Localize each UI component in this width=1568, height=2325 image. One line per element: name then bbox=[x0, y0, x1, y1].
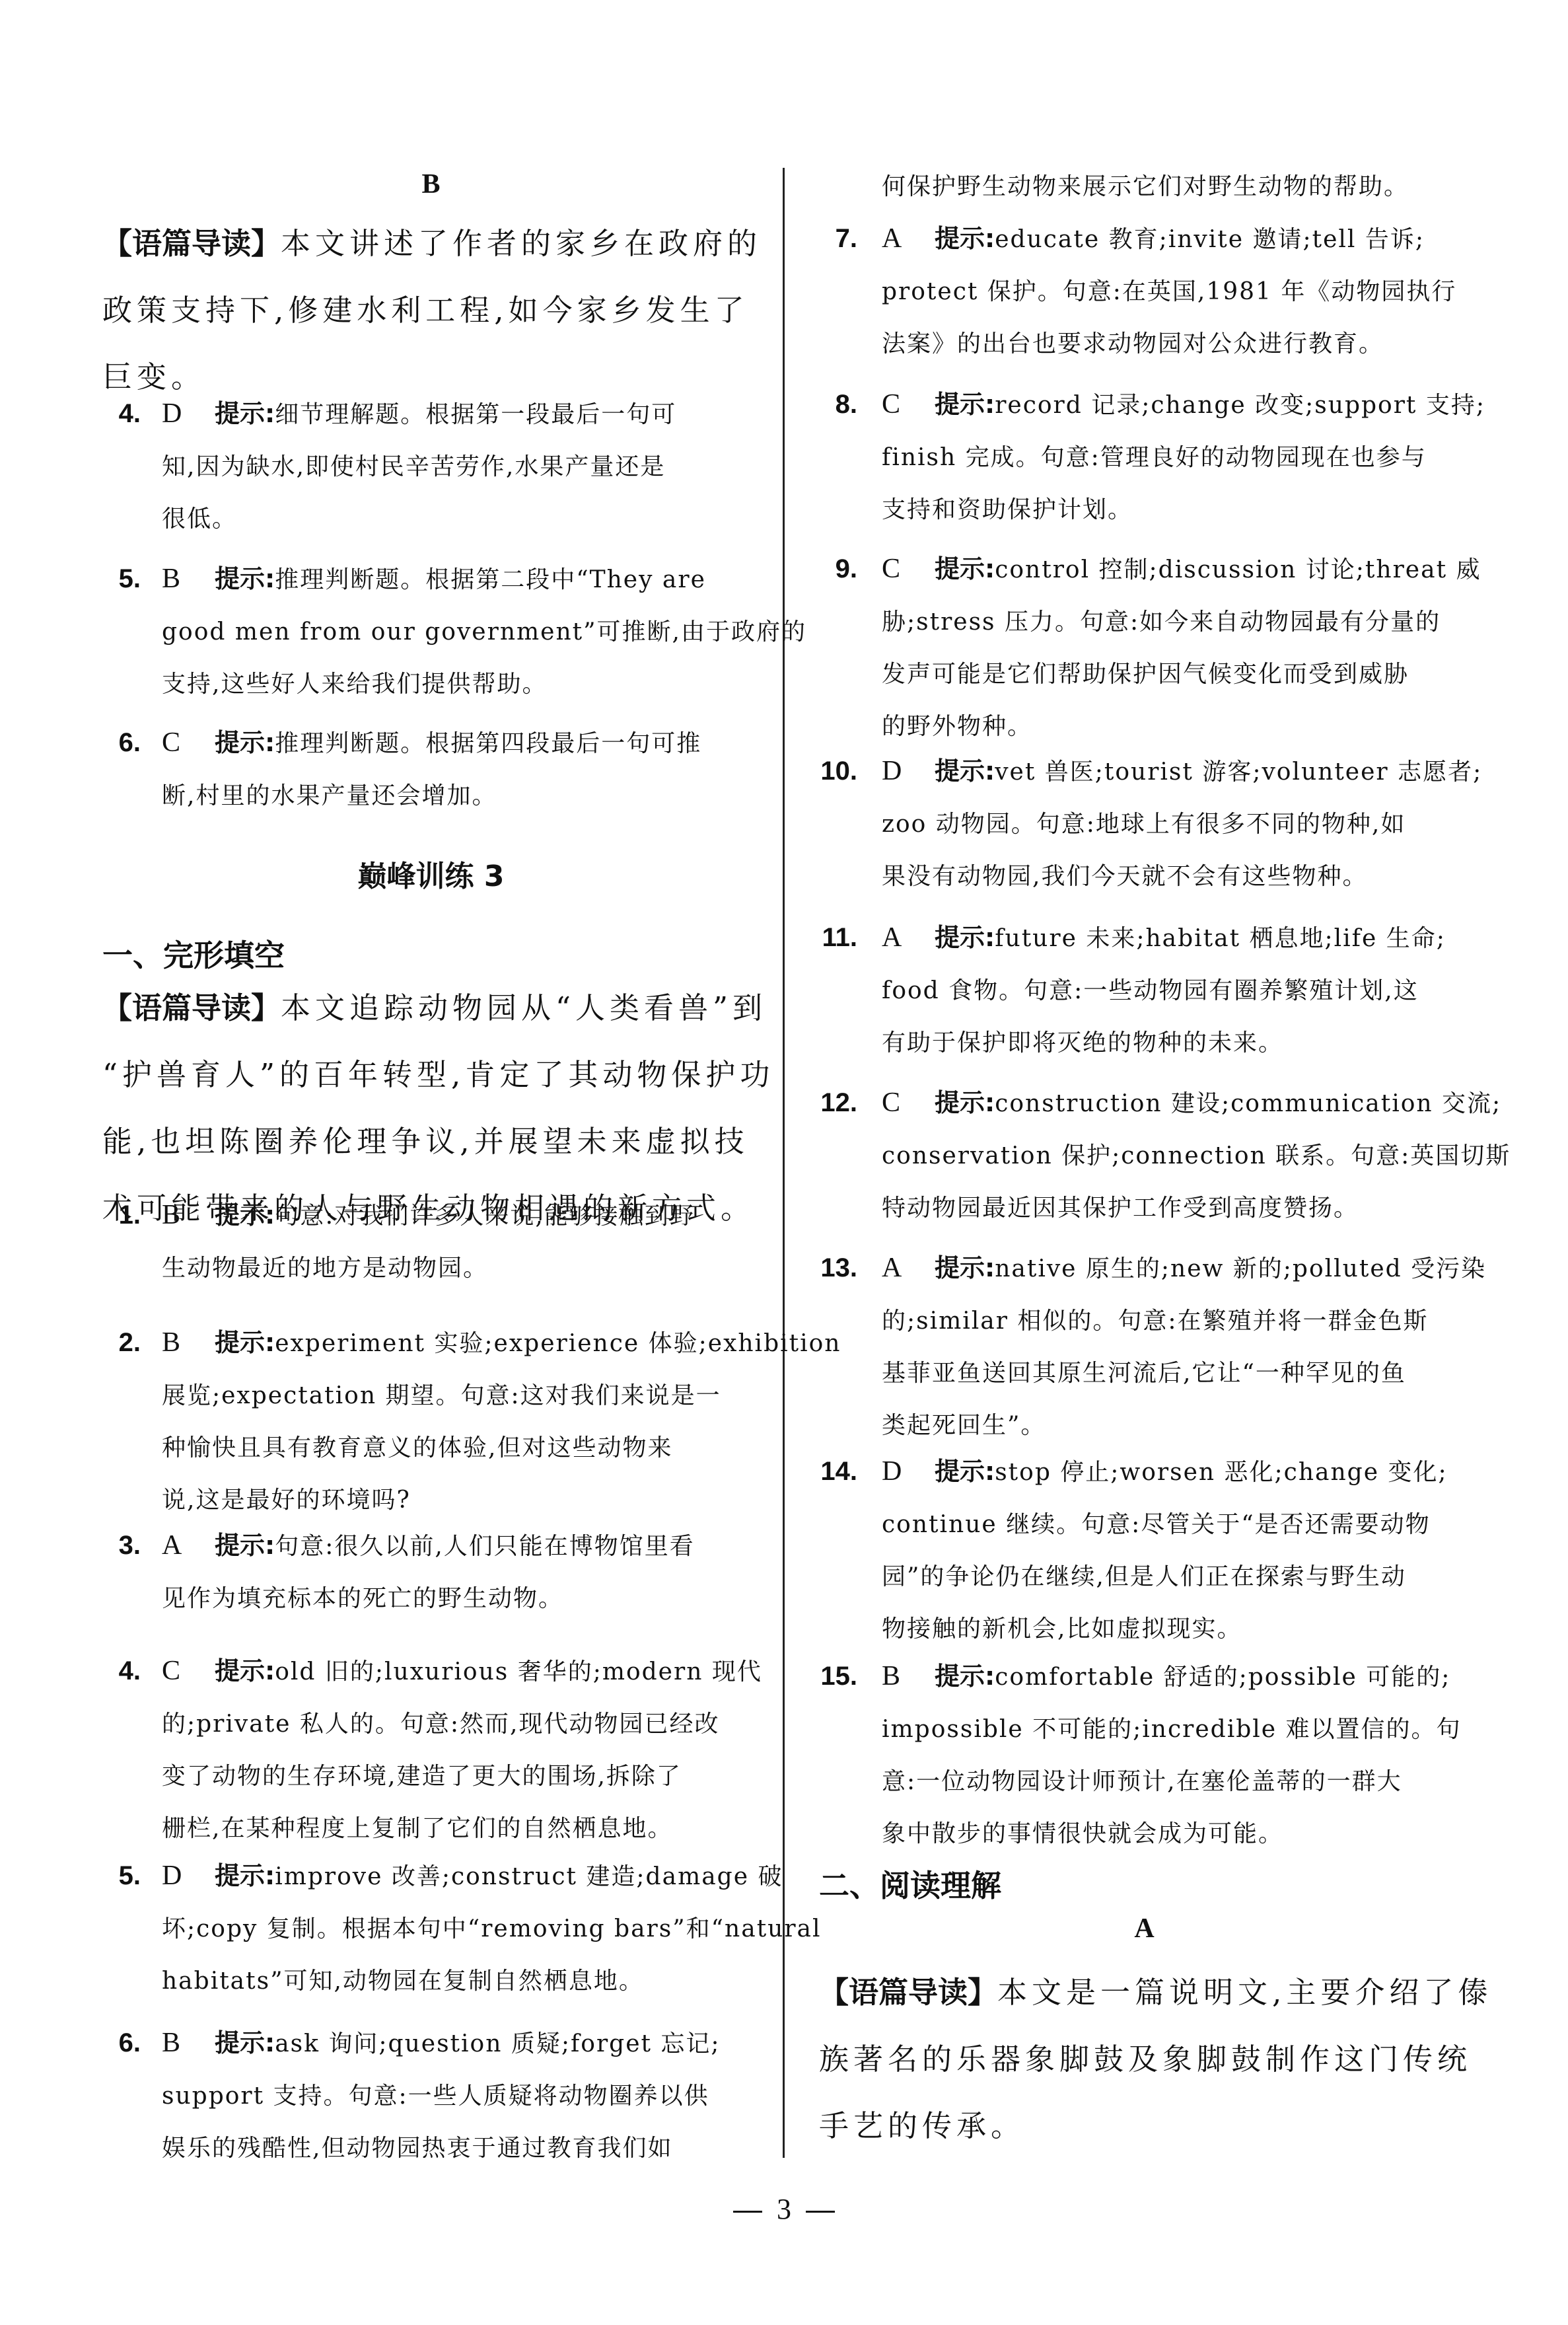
item-number: 7. bbox=[799, 213, 857, 265]
item-number: 6. bbox=[102, 2017, 141, 2069]
hint-label: 提示: bbox=[935, 390, 995, 419]
item-explanation: 提示:ask 询问;question 质疑;forget 忘记; support… bbox=[162, 2017, 760, 2174]
item-number: 1. bbox=[102, 1189, 141, 1241]
hint-label: 提示: bbox=[215, 564, 275, 593]
item-number: 4. bbox=[102, 388, 141, 440]
item-explanation: 提示:句意:很久以前,人们只能在博物馆里看 见作为填充标本的死亡的野生动物。 bbox=[162, 1520, 760, 1625]
hint-label: 提示: bbox=[215, 1328, 275, 1357]
hint-label: 提示: bbox=[215, 1861, 275, 1890]
item-explanation: 提示:old 旧的;luxurious 奢华的;modern 现代 的;priv… bbox=[162, 1645, 760, 1855]
item-explanation: 提示:control 控制;discussion 讨论;threat 威 胁;s… bbox=[882, 543, 1470, 753]
item-explanation: 提示:future 未来;habitat 栖息地;life 生命; food 食… bbox=[882, 912, 1470, 1069]
item-number: 10. bbox=[799, 745, 857, 797]
left-column: B 【语篇导读】本文讲述了作者的家乡在政府的 政策支持下,修建水利工程,如今家乡… bbox=[102, 0, 760, 2325]
part-heading-cloze: 一、完形填空 bbox=[102, 932, 285, 975]
hint-label: 提示: bbox=[215, 1656, 275, 1685]
footer-dash-right bbox=[806, 2211, 835, 2213]
item-number: 9. bbox=[799, 543, 857, 595]
item-number: 14. bbox=[799, 1446, 857, 1498]
hint-label: 提示: bbox=[215, 1200, 275, 1230]
hint-label: 提示: bbox=[935, 757, 995, 786]
hint-label: 提示: bbox=[935, 1457, 995, 1486]
item-number: 6. bbox=[102, 717, 141, 769]
page-number: 3 bbox=[777, 2193, 791, 2225]
item-explanation: 提示:native 原生的;new 新的;polluted 受污染 的;simi… bbox=[882, 1242, 1470, 1452]
item-number: 2. bbox=[102, 1317, 141, 1369]
hint-label: 提示: bbox=[935, 1662, 995, 1691]
hint-label: 提示: bbox=[215, 1531, 275, 1560]
hint-label: 提示: bbox=[935, 1253, 995, 1282]
item-number: 11. bbox=[799, 912, 857, 964]
reading-guide-tag: 【语篇导读】 bbox=[819, 1975, 997, 2010]
hint-label: 提示: bbox=[935, 923, 995, 952]
item-explanation: 提示:stop 停止;worsen 恶化;change 变化; continue… bbox=[882, 1446, 1470, 1655]
item-explanation: 提示:细节理解题。根据第一段最后一句可 知,因为缺水,即使村民辛苦劳作,水果产量… bbox=[162, 388, 760, 545]
item-number: 12. bbox=[799, 1077, 857, 1129]
item-explanation: 提示:educate 教育;invite 邀请;tell 告诉; protect… bbox=[882, 213, 1470, 370]
reading-guide-a: 【语篇导读】本文是一篇说明文,主要介绍了傣 族著名的乐器象脚鼓及象脚鼓制作这门传… bbox=[819, 1959, 1470, 2159]
item-explanation: 提示:vet 兽医;tourist 游客;volunteer 志愿者; zoo … bbox=[882, 745, 1470, 903]
item-number: 8. bbox=[799, 379, 857, 431]
item-explanation: 提示:record 记录;change 改变;support 支持; finis… bbox=[882, 379, 1470, 536]
hint-label: 提示: bbox=[215, 2028, 275, 2057]
reading-guide-b: 【语篇导读】本文讲述了作者的家乡在政府的 政策支持下,修建水利工程,如今家乡发生… bbox=[102, 210, 760, 410]
hint-label: 提示: bbox=[935, 1088, 995, 1117]
hint-label: 提示: bbox=[935, 224, 995, 253]
hint-label: 提示: bbox=[935, 554, 995, 583]
item-explanation: 提示:推理判断题。根据第四段最后一句可推 断,村里的水果产量还会增加。 bbox=[162, 717, 760, 822]
item-number: 13. bbox=[799, 1242, 857, 1294]
right-column: 何保护野生动物来展示它们对野生动物的帮助。 7. A 提示:educate 教育… bbox=[819, 0, 1470, 2325]
item-explanation: 提示:推理判断题。根据第二段中“They are good men from o… bbox=[162, 553, 760, 710]
item-number: 4. bbox=[102, 1645, 141, 1697]
page-footer: 3 bbox=[0, 2192, 1568, 2226]
item-explanation: 提示:experiment 实验;experience 体验;exhibitio… bbox=[162, 1317, 760, 1526]
section-heading-a: A bbox=[819, 1913, 1470, 1944]
item-explanation: 提示:construction 建设;communication 交流; con… bbox=[882, 1077, 1470, 1234]
item-explanation: 提示:comfortable 舒适的;possible 可能的; impossi… bbox=[882, 1650, 1470, 1860]
hint-label: 提示: bbox=[215, 728, 275, 757]
part-heading-reading: 二、阅读理解 bbox=[819, 1862, 1001, 1905]
section-heading-b: B bbox=[102, 168, 760, 200]
item-number: 3. bbox=[102, 1520, 141, 1572]
reading-guide-tag: 【语篇导读】 bbox=[102, 990, 281, 1025]
hint-label: 提示: bbox=[215, 399, 275, 428]
footer-dash-left bbox=[733, 2211, 762, 2213]
item-explanation: 提示:句意:对我们许多人来说,能够接触到野 生动物最近的地方是动物园。 bbox=[162, 1189, 760, 1294]
item-number: 5. bbox=[102, 1850, 141, 1902]
item-number: 5. bbox=[102, 553, 141, 605]
item-number: 15. bbox=[799, 1650, 857, 1703]
item-explanation: 提示:improve 改善;construct 建造;damage 破 坏;co… bbox=[162, 1850, 760, 2007]
reading-guide-tag: 【语篇导读】 bbox=[102, 226, 281, 261]
training-title: 巅峰训练 3 bbox=[102, 852, 760, 895]
